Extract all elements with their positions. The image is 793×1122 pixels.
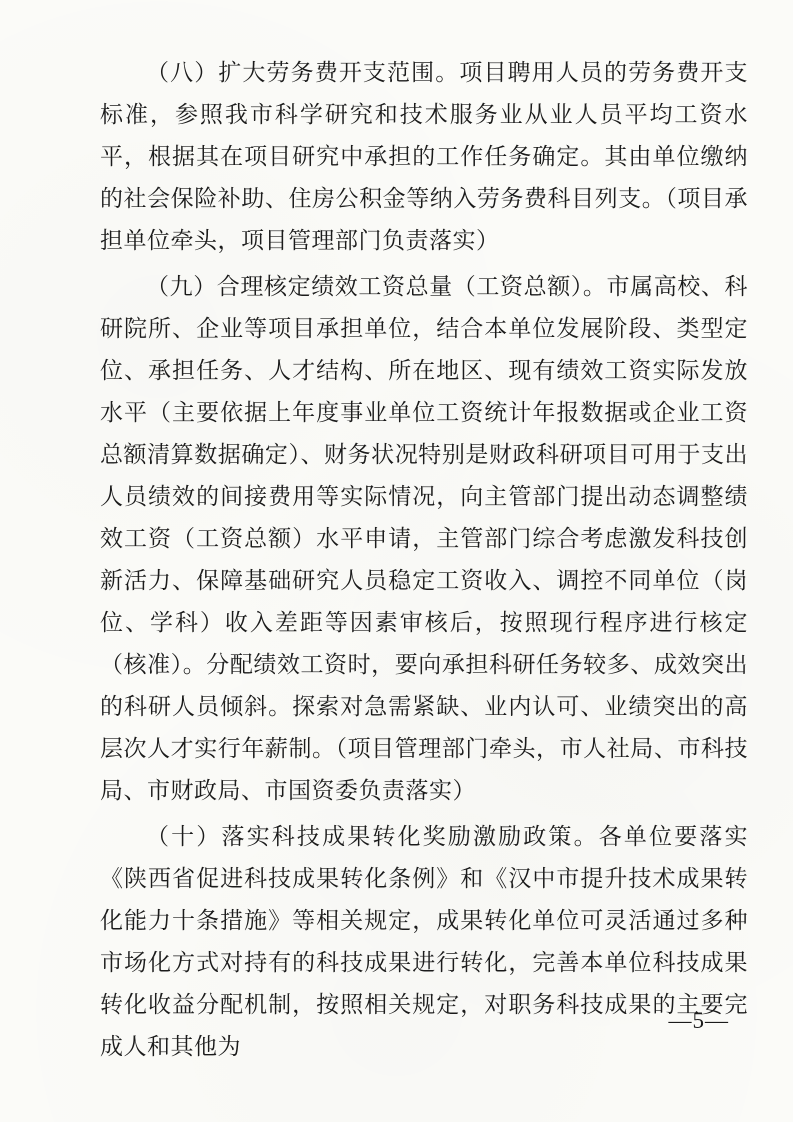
- document-page: （八）扩大劳务费开支范围。项目聘用人员的劳务费开支标准，参照我市科学研究和技术服…: [0, 0, 793, 1122]
- paragraph-item-10: （十）落实科技成果转化奖励激励政策。各单位要落实《陕西省促进科技成果转化条例》和…: [100, 816, 748, 1068]
- document-body: （八）扩大劳务费开支范围。项目聘用人员的劳务费开支标准，参照我市科学研究和技术服…: [100, 52, 748, 1072]
- paragraph-item-9: （九）合理核定绩效工资总量（工资总额）。市属高校、科研院所、企业等项目承担单位，…: [100, 266, 748, 812]
- paragraph-item-8: （八）扩大劳务费开支范围。项目聘用人员的劳务费开支标准，参照我市科学研究和技术服…: [100, 52, 748, 262]
- page-number: —5—: [669, 1006, 730, 1036]
